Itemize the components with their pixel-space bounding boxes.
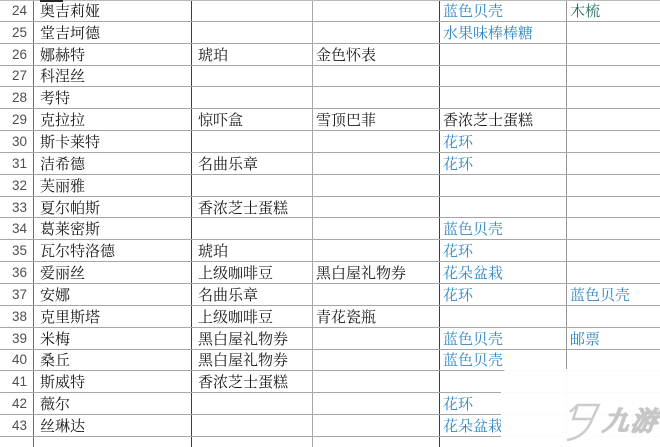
- gift-cell-3[interactable]: [440, 87, 567, 108]
- gift-cell-3[interactable]: [440, 175, 567, 196]
- gift-cell-1[interactable]: 香浓芝士蛋糕: [192, 371, 313, 392]
- character-name-cell[interactable]: 克里斯塔: [34, 306, 192, 327]
- gift-cell-2[interactable]: [313, 66, 440, 87]
- gift-cell-2[interactable]: [313, 284, 440, 305]
- row-number-cell[interactable]: 43: [0, 415, 34, 436]
- gift-cell-4[interactable]: 邮票: [567, 328, 660, 349]
- row-number-cell[interactable]: 41: [0, 371, 34, 392]
- gift-cell-4[interactable]: [567, 22, 660, 43]
- character-name-cell[interactable]: 洁希德: [34, 153, 192, 174]
- table-row: 29克拉拉惊吓盒雪顶巴菲香浓芝士蛋糕: [0, 109, 660, 131]
- gift-cell-1[interactable]: 名曲乐章: [192, 153, 313, 174]
- row-number-cell[interactable]: 35: [0, 240, 34, 261]
- gift-cell-3[interactable]: 花环: [440, 131, 567, 152]
- gift-cell-1[interactable]: 惊吓盒: [192, 109, 313, 130]
- gift-cell-1[interactable]: 名曲乐章: [192, 284, 313, 305]
- jiuyou-watermark: 九游: [501, 369, 660, 447]
- gift-cell-1[interactable]: [192, 22, 313, 43]
- row-number-cell[interactable]: 25: [0, 22, 34, 43]
- row-number-cell[interactable]: 24: [0, 1, 34, 21]
- row-number-cell[interactable]: 30: [0, 131, 34, 152]
- gift-cell-1[interactable]: [192, 131, 313, 152]
- gift-cell-4[interactable]: [567, 131, 660, 152]
- character-name-cell[interactable]: 奥吉莉娅: [34, 1, 192, 21]
- gift-cell-3[interactable]: 蓝色贝壳: [440, 350, 567, 371]
- gift-cell-4[interactable]: [567, 87, 660, 108]
- row-number-cell[interactable]: 33: [0, 197, 34, 218]
- row-number-cell[interactable]: 38: [0, 306, 34, 327]
- table-row: 36爱丽丝上级咖啡豆黑白屋礼物券花朵盆栽: [0, 262, 660, 284]
- gift-cell-2[interactable]: [313, 87, 440, 108]
- gift-cell-2[interactable]: [313, 240, 440, 261]
- gift-cell-2[interactable]: [313, 153, 440, 174]
- character-name-cell[interactable]: 芙丽雅: [34, 175, 192, 196]
- gift-cell-3[interactable]: 蓝色贝壳: [440, 328, 567, 349]
- cropped-previous-row-artifact: [40, 0, 63, 2]
- table-row: 37安娜名曲乐章花环蓝色贝壳: [0, 284, 660, 306]
- row-number-cell[interactable]: 32: [0, 175, 34, 196]
- gift-cell-1[interactable]: 琥珀: [192, 240, 313, 261]
- table-row: 31洁希德名曲乐章花环: [0, 153, 660, 175]
- gift-cell-1[interactable]: [192, 415, 313, 436]
- gift-cell-4[interactable]: [567, 306, 660, 327]
- gift-cell-4[interactable]: 蓝色贝壳: [567, 284, 660, 305]
- gift-cell-3[interactable]: [440, 66, 567, 87]
- row-number-cell[interactable]: 37: [0, 284, 34, 305]
- gift-cell-2[interactable]: [313, 393, 440, 414]
- character-name-cell[interactable]: 桑丘: [34, 350, 192, 371]
- table-row: 27科涅丝: [0, 66, 660, 88]
- gift-cell-2[interactable]: [313, 371, 440, 392]
- gift-cell-4[interactable]: [567, 153, 660, 174]
- row-number-cell[interactable]: 39: [0, 328, 34, 349]
- gift-cell-1[interactable]: [192, 87, 313, 108]
- gift-cell-2[interactable]: [313, 328, 440, 349]
- character-name-cell[interactable]: 夏尔帕斯: [34, 197, 192, 218]
- gift-cell-2[interactable]: [313, 1, 440, 21]
- row-number-cell[interactable]: 31: [0, 153, 34, 174]
- gift-cell-3[interactable]: 花环: [440, 153, 567, 174]
- gift-cell-2[interactable]: [313, 175, 440, 196]
- character-name-cell[interactable]: 米梅: [34, 328, 192, 349]
- gift-cell-3[interactable]: 香浓芝士蛋糕: [440, 109, 567, 130]
- gift-cell-1[interactable]: 黑白屋礼物券: [192, 328, 313, 349]
- gift-cell-3[interactable]: 水果味棒棒糖: [440, 22, 567, 43]
- character-name-cell[interactable]: 克拉拉: [34, 109, 192, 130]
- gift-cell-1[interactable]: 琥珀: [192, 44, 313, 65]
- gift-cell-3[interactable]: 蓝色贝壳: [440, 218, 567, 239]
- gift-cell-2[interactable]: 青花瓷瓶: [313, 306, 440, 327]
- character-name-cell[interactable]: 娜赫特: [34, 44, 192, 65]
- gift-cell-4[interactable]: [567, 66, 660, 87]
- row-number-cell[interactable]: 42: [0, 393, 34, 414]
- gift-cell-2[interactable]: [313, 197, 440, 218]
- row-number-cell[interactable]: 28: [0, 87, 34, 108]
- gift-cell-2[interactable]: 黑白屋礼物券: [313, 262, 440, 283]
- gift-cell-3[interactable]: [440, 44, 567, 65]
- jiuyou-logo-icon: [561, 398, 604, 444]
- gift-cell-2[interactable]: [313, 350, 440, 371]
- empty-cell[interactable]: [313, 437, 440, 447]
- table-row: 35瓦尔特洛德琥珀花环: [0, 240, 660, 262]
- table-row: 30斯卡莱特花环: [0, 131, 660, 153]
- gift-cell-4[interactable]: 木梳: [567, 1, 660, 21]
- row-number-cell[interactable]: 40: [0, 350, 34, 371]
- gift-cell-3[interactable]: [440, 306, 567, 327]
- gift-cell-4[interactable]: [567, 240, 660, 261]
- character-name-cell[interactable]: 葛莱密斯: [34, 218, 192, 239]
- spreadsheet-grid: 24奥吉莉娅蓝色贝壳木梳25堂吉坷德水果味棒棒糖26娜赫特琥珀金色怀表27科涅丝…: [0, 0, 660, 447]
- gift-cell-2[interactable]: [313, 218, 440, 239]
- table-row: 25堂吉坷德水果味棒棒糖: [0, 22, 660, 44]
- empty-cell[interactable]: [0, 437, 34, 447]
- gift-cell-1[interactable]: [192, 66, 313, 87]
- gift-cell-2[interactable]: 雪顶巴菲: [313, 109, 440, 130]
- gift-cell-4[interactable]: [567, 218, 660, 239]
- table-row: 39米梅黑白屋礼物券蓝色贝壳邮票: [0, 328, 660, 350]
- character-name-cell[interactable]: 斯威特: [34, 371, 192, 392]
- character-name-cell[interactable]: 安娜: [34, 284, 192, 305]
- gift-cell-3[interactable]: 花环: [440, 284, 567, 305]
- gift-cell-4[interactable]: [567, 175, 660, 196]
- gift-cell-2[interactable]: [313, 22, 440, 43]
- gift-cell-1[interactable]: 香浓芝士蛋糕: [192, 197, 313, 218]
- gift-cell-4[interactable]: [567, 44, 660, 65]
- gift-cell-2[interactable]: 金色怀表: [313, 44, 440, 65]
- empty-cell[interactable]: [192, 437, 313, 447]
- gift-cell-1[interactable]: [192, 1, 313, 21]
- gift-cell-1[interactable]: [192, 393, 313, 414]
- row-number-cell[interactable]: 36: [0, 262, 34, 283]
- gift-cell-1[interactable]: [192, 175, 313, 196]
- gift-cell-4[interactable]: [567, 109, 660, 130]
- character-name-cell[interactable]: 斯卡莱特: [34, 131, 192, 152]
- gift-cell-2[interactable]: [313, 415, 440, 436]
- table-row: 28考特: [0, 87, 660, 109]
- gift-cell-2[interactable]: [313, 131, 440, 152]
- character-name-cell[interactable]: 堂吉坷德: [34, 22, 192, 43]
- character-name-cell[interactable]: 爱丽丝: [34, 262, 192, 283]
- gift-cell-1[interactable]: 上级咖啡豆: [192, 262, 313, 283]
- gift-cell-3[interactable]: 花朵盆栽: [440, 262, 567, 283]
- gift-cell-3[interactable]: 蓝色贝壳: [440, 1, 567, 21]
- gift-cell-3[interactable]: 花环: [440, 240, 567, 261]
- row-number-cell[interactable]: 34: [0, 218, 34, 239]
- character-name-cell[interactable]: 瓦尔特洛德: [34, 240, 192, 261]
- gift-cell-1[interactable]: 上级咖啡豆: [192, 306, 313, 327]
- gift-cell-4[interactable]: [567, 350, 660, 371]
- character-name-cell[interactable]: 丝琳达: [34, 415, 192, 436]
- row-number-cell[interactable]: 26: [0, 44, 34, 65]
- table-row: 34葛莱密斯蓝色贝壳: [0, 218, 660, 240]
- character-name-cell[interactable]: 薇尔: [34, 393, 192, 414]
- row-number-cell[interactable]: 27: [0, 66, 34, 87]
- table-row: 24奥吉莉娅蓝色贝壳木梳: [0, 0, 660, 22]
- gift-cell-1[interactable]: [192, 218, 313, 239]
- row-number-cell[interactable]: 29: [0, 109, 34, 130]
- character-name-cell[interactable]: 科涅丝: [34, 66, 192, 87]
- jiuyou-watermark-lockup: 九游: [561, 398, 660, 444]
- empty-cell[interactable]: [34, 437, 192, 447]
- gift-cell-1[interactable]: 黑白屋礼物券: [192, 350, 313, 371]
- gift-cell-4[interactable]: [567, 262, 660, 283]
- gift-cell-3[interactable]: [440, 197, 567, 218]
- jiuyou-watermark-text: 九游: [600, 408, 660, 434]
- table-row: 33夏尔帕斯香浓芝士蛋糕: [0, 197, 660, 219]
- table-row: 38克里斯塔上级咖啡豆青花瓷瓶: [0, 306, 660, 328]
- table-row: 32芙丽雅: [0, 175, 660, 197]
- table-row: 26娜赫特琥珀金色怀表: [0, 44, 660, 66]
- gift-cell-4[interactable]: [567, 197, 660, 218]
- character-name-cell[interactable]: 考特: [34, 87, 192, 108]
